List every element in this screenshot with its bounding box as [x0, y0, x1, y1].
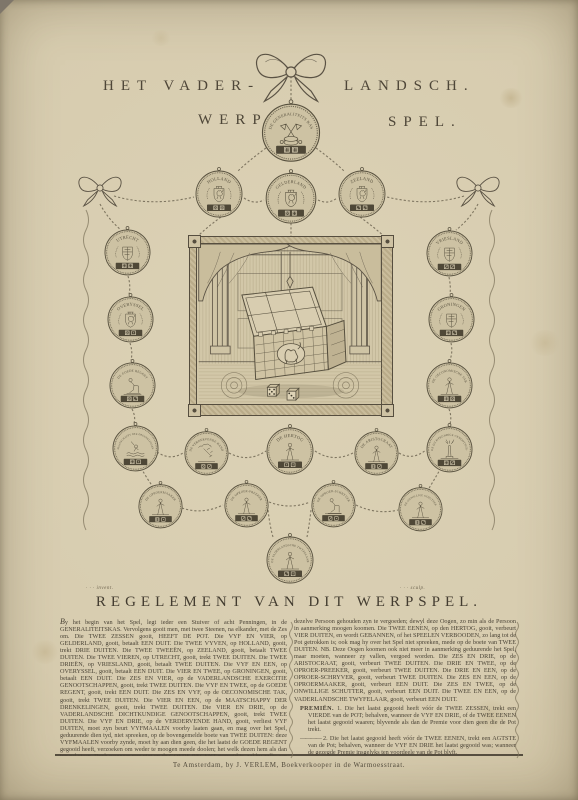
medallion-hertog: DE HERTOG⚀⚀: [265, 423, 315, 476]
svg-text:⚅⚀: ⚅⚀: [154, 517, 166, 524]
medallion-graphic: DE VADERLANDSCHE TWYFELAAR⚁⚀: [265, 532, 315, 585]
svg-text:⚄⚀: ⚄⚀: [124, 330, 137, 337]
svg-text:⚅⚅: ⚅⚅: [284, 146, 300, 155]
medallion-goede-regent: DE GOEDE REGENT⚄⚁: [108, 358, 157, 409]
medallion-graphic: OVERYSSEL⚄⚀: [106, 292, 155, 343]
picture-frame: [189, 236, 393, 416]
engraved-print-sheet: HET VADER- LANDSCH. WERP- SPEL.: [0, 0, 578, 800]
premien-2-text: Die het laatst gegooid heeft vóór de TWE…: [308, 735, 516, 756]
svg-text:⚄⚂: ⚄⚂: [200, 464, 212, 471]
medallion-verdervende-hand: DE VERDERVENDE HAND⚄⚂: [183, 427, 230, 476]
premien-2-dash: ————: [300, 735, 321, 742]
scene-box: [196, 243, 382, 405]
premien-item-1: PREMIËN. 1. Die het laatst gegooid heeft…: [294, 705, 516, 733]
svg-text:⚁⚀: ⚁⚀: [284, 571, 297, 578]
medallion-graphic: VRIESLAND⚂⚂: [425, 226, 474, 277]
premien-item-2: ———— 2. Die het laatst gegooid heeft vóó…: [294, 735, 516, 756]
premien-1-number: 1.: [337, 705, 342, 712]
medallion-graphic: DE ARISTOCRAAT⚅⚂: [353, 427, 400, 476]
premien-label: PREMIËN.: [300, 705, 334, 712]
svg-text:⚃⚂: ⚃⚂: [443, 460, 456, 467]
medallion-dichtkundige-genootschappen: DE DICHTKUNDIGE GENOOTSCH.⚃⚂: [425, 422, 474, 473]
medallion-aristocraat: DE ARISTOCRAAT⚅⚂: [353, 427, 400, 476]
medallion-graphic: DE VERDERVENDE HAND⚄⚂: [183, 427, 230, 476]
medallion-maatschappy-drenkelingen: MAATSCHAPPY DER DRENKELINGEN⚃⚀: [111, 421, 160, 472]
medallion-graphic: DE ONWILLIGE SCHUTTER⚅⚁: [397, 483, 444, 532]
svg-text:⚀⚀: ⚀⚀: [284, 462, 297, 469]
rules-text-left: By het begin van het Spel, legt ieder ee…: [60, 618, 287, 756]
medallion-generaliteits-kas: DE GENERALITEITS KAS⚅⚅: [260, 98, 322, 163]
medallion-graphic: DE OPROERMAAKER⚅⚀: [137, 480, 184, 529]
medallion-utrecht: UTRECHT⚃⚃: [103, 225, 152, 276]
medallion-graphic: DE GENERALITEITS KAS⚅⚅: [260, 98, 322, 163]
medallion-oproer-preeker: DE OPROER-PREEKER⚂⚁: [223, 479, 270, 528]
medallion-graphic: GRONINGEN⚃⚁: [427, 292, 476, 343]
medallion-graphic: MAATSCHAPPY DER DRENKELINGEN⚃⚀: [111, 421, 160, 472]
premien-2-number: 2.: [323, 735, 328, 742]
medallion-holland: HOLLAND⚄⚄: [194, 166, 244, 219]
ribbon-bow-icon: [72, 164, 128, 212]
svg-text:⚅⚂: ⚅⚂: [370, 464, 382, 471]
ribbon-bow-icon: [450, 164, 506, 212]
medallion-graphic: HOLLAND⚄⚄: [194, 166, 244, 219]
medallion-onwillige-schutter: DE ONWILLIGE SCHUTTER⚅⚁: [397, 483, 444, 532]
svg-text:⚄⚁: ⚄⚁: [126, 396, 139, 403]
medallion-vriesland: VRIESLAND⚂⚂: [425, 226, 474, 277]
svg-text:⚃⚁: ⚃⚁: [445, 330, 458, 337]
medallion-graphic: DE OPROER-SCHRYVER⚂⚀: [310, 479, 357, 528]
frame-corner-rosette: [188, 235, 201, 248]
treasure-chest-scene: [197, 244, 383, 403]
medallion-oeconomische-tak: DE OECONOMISCHE TAK⚅⚄: [425, 358, 474, 409]
svg-text:⚅⚄: ⚅⚄: [443, 396, 456, 403]
frame-corner-rosette: [381, 235, 394, 248]
medallion-graphic: DE HERTOG⚀⚀: [265, 423, 315, 476]
rules-column-left: By het begin van het Spel, legt ieder ee…: [60, 618, 287, 756]
frame-corner-rosette: [381, 404, 394, 417]
medallion-graphic: DE DICHTKUNDIGE GENOOTSCH.⚃⚂: [425, 422, 474, 473]
rules-column-right: dezelve Persoon gehouden zyn te vergoede…: [294, 618, 516, 756]
medallion-oproermaaker: DE OPROERMAAKER⚅⚀: [137, 480, 184, 529]
medallion-graphic: DE OPROER-PREEKER⚂⚁: [223, 479, 270, 528]
medallion-graphic: GELDERLAND⚄⚃: [264, 168, 318, 225]
medallion-graphic: DE GOEDE REGENT⚄⚁: [108, 358, 157, 409]
medallion-zeeland: ZEELAND⚁⚁: [337, 166, 387, 219]
svg-text:⚂⚂: ⚂⚂: [443, 264, 456, 271]
svg-text:⚄⚃: ⚄⚃: [285, 210, 299, 217]
medallion-graphic: DE OECONOMISCHE TAK⚅⚄: [425, 358, 474, 409]
svg-text:⚃⚀: ⚃⚀: [129, 459, 142, 466]
medallion-graphic: UTRECHT⚃⚃: [103, 225, 152, 276]
medallion-oproer-schryver: DE OPROER-SCHRYVER⚂⚀: [310, 479, 357, 528]
medallion-groningen: GRONINGEN⚃⚁: [427, 292, 476, 343]
frame-corner-rosette: [188, 404, 201, 417]
medallion-graphic: ZEELAND⚁⚁: [337, 166, 387, 219]
svg-text:⚂⚁: ⚂⚁: [240, 516, 252, 523]
rules-text-right: dezelve Persoon gehouden zyn te vergoede…: [294, 618, 516, 703]
medallion-gelderland: GELDERLAND⚄⚃: [264, 168, 318, 225]
svg-text:⚃⚃: ⚃⚃: [121, 263, 134, 270]
medallion-overyssel: OVERYSSEL⚄⚀: [106, 292, 155, 343]
svg-text:⚂⚀: ⚂⚀: [327, 516, 339, 523]
medallion-vaderlandsche-twyfelaar: DE VADERLANDSCHE TWYFELAAR⚁⚀: [265, 532, 315, 585]
svg-text:⚅⚁: ⚅⚁: [414, 520, 426, 527]
svg-text:⚄⚄: ⚄⚄: [213, 205, 226, 212]
ribbon-bow-icon: [243, 40, 339, 104]
svg-text:⚁⚁: ⚁⚁: [356, 205, 369, 212]
